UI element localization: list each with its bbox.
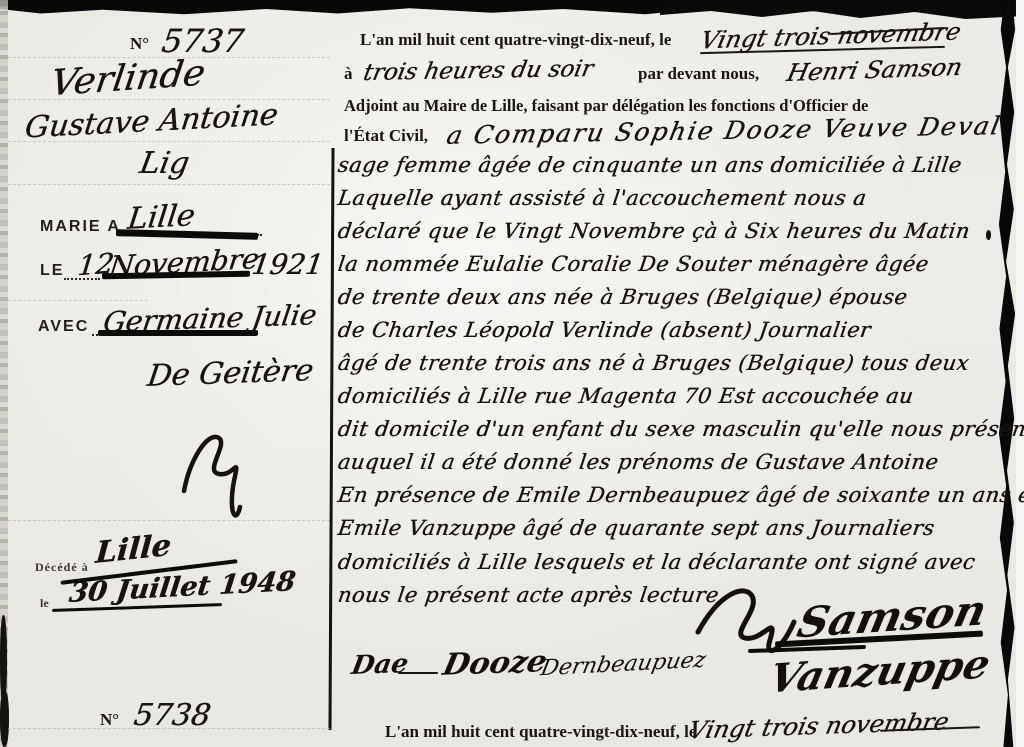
page-edge-white (1016, 0, 1024, 747)
act-body-line: nous le présent acte après lecture (336, 583, 720, 607)
next-act-number-label: N° (100, 710, 119, 730)
ruled-line (8, 728, 330, 729)
marriage-date-year: 1921 (250, 248, 326, 281)
act-opening-printed: L'an mil huit cent quatre-vingt-dix-neuf… (360, 30, 671, 50)
act-officer-name-hand: Henri Samson (784, 53, 965, 87)
act-body-line: Emile Vanzuppe âgé de quarante sept ans … (336, 516, 936, 540)
register-page: N° 5737 Verlinde Gustave Antoine Lig MAR… (0, 0, 1024, 747)
death-place-value: Lille (94, 528, 172, 571)
act-body-line: de trente deux ans née à Bruges (Belgiqu… (336, 285, 909, 309)
next-act-opening-printed: L'an mil huit cent quatre-vingt-dix-neuf… (385, 722, 696, 742)
act-delegation-printed: Adjoint au Maire de Lille, faisant par d… (344, 96, 868, 116)
act-body-line: domiciliés à Lille rue Magenta 70 Est ac… (336, 384, 915, 408)
margin-paraph-flourish (162, 425, 257, 530)
act-number-label: N° (130, 34, 149, 54)
act-body-line: déclaré que le Vingt Novembre çà à Six h… (336, 219, 971, 243)
strike-bar (116, 229, 258, 240)
strike-bar (102, 271, 250, 280)
margin-separator-line (328, 148, 334, 730)
act-comparu-hand: a Comparu Sophie Dooze Veuve Deval (444, 111, 1004, 150)
ink-blob (0, 690, 9, 747)
act-body-line: Laquelle ayant assisté à l'accouchement … (336, 186, 868, 210)
marriage-spouse-surname: De Geitère (145, 353, 315, 394)
scan-edge-top-right (660, 0, 1024, 20)
act-body-line: de Charles Léopold Verlinde (absent) Jou… (336, 318, 872, 342)
act-body-line: la nommée Eulalie Coralie De Souter ména… (336, 252, 930, 276)
marriage-spouse-label: AVEC (38, 318, 89, 336)
death-date-label: le (40, 596, 49, 611)
pen-stroke (398, 672, 438, 674)
act-etat-civil-printed: l'État Civil, (344, 126, 428, 146)
next-act-opening-hand: Vingt trois novembre (686, 708, 951, 745)
act-body-line: En présence de Emile Dernbeaupuez âgé de… (336, 483, 1024, 507)
marriage-date-label: LE (40, 262, 64, 280)
act-before-us-printed: par devant nous, (638, 64, 759, 84)
ink-blob (986, 230, 991, 240)
act-body-line: domiciliés à Lille lesquels et la déclar… (336, 550, 977, 574)
signature-dernbeaupuez: Dernbeaupuez (539, 648, 708, 681)
death-place-label: Décédé à (35, 560, 89, 575)
signature-dooze-paraph: Dae (349, 649, 411, 681)
margin-mention: Lig (137, 146, 192, 181)
ruled-line (8, 300, 148, 301)
act-hour-prefix: à (344, 64, 353, 84)
ruled-line (8, 184, 330, 185)
strike-bar (98, 330, 258, 336)
act-body-line: dit domicile d'un enfant du sexe masculi… (336, 417, 1024, 441)
death-date-value: 30 Juillet 1948 (67, 566, 297, 609)
margin-surname: Verlinde (48, 53, 207, 104)
signature-dooze: Dooze (440, 644, 550, 683)
margin-given-names: Gustave Antoine (23, 97, 280, 145)
act-body-line: auquel il a été donné les prénoms de Gus… (336, 450, 940, 474)
act-hour-hand: trois heures du soir (361, 56, 595, 86)
act-body-line: sage femme âgée de cinquante un ans domi… (336, 153, 963, 177)
marriage-place-label: MARIE A (40, 218, 121, 236)
act-body-line: âgé de trente trois ans né à Bruges (Bel… (336, 351, 970, 375)
